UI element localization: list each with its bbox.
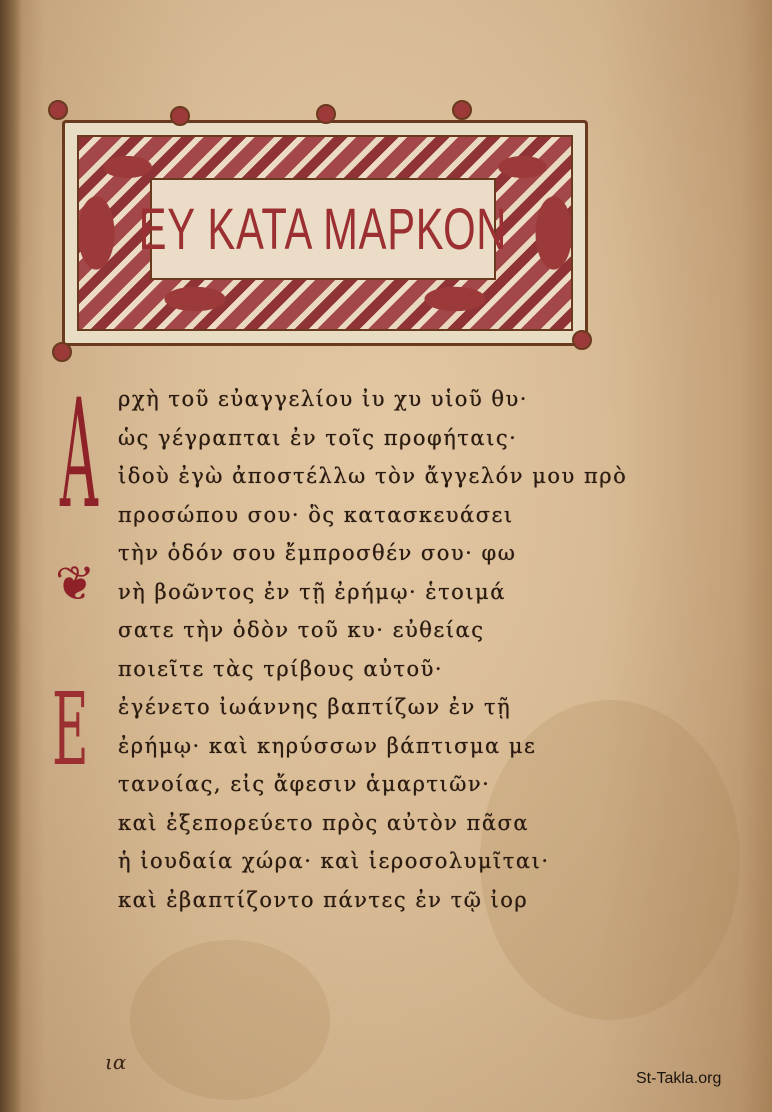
ornament-knob: [572, 330, 592, 350]
watermark: St-Takla.org: [636, 1070, 721, 1088]
page-binding-edge: [0, 0, 22, 1112]
initial-letter-epsilon: Ε: [52, 680, 89, 780]
text-line: προσώπου σου· ὃς κατασκευάσει: [118, 496, 658, 535]
gospel-title: ΕΥ ΚΑΤΑ ΜΑΡΚΟΝ: [139, 196, 508, 263]
text-line: ἐρήμῳ· καὶ κηρύσσων βάπτισμα με: [118, 727, 658, 766]
text-line: ἰδοὺ ἐγὼ ἀποστέλλω τὸν ἄγγελόν μου πρὸ: [118, 457, 658, 496]
text-line: νὴ βοῶντος ἐν τῇ ἐρήμῳ· ἑτοιμά: [118, 573, 658, 612]
marginal-flourish: ❦: [55, 560, 95, 608]
manuscript-page: ΕΥ ΚΑΤΑ ΜΑΡΚΟΝ Α ❦ Ε ρχὴ τοῦ εὐαγγελίου …: [0, 0, 772, 1112]
text-line: ὡς γέγραπται ἐν τοῖς προφήταις·: [118, 419, 658, 458]
ornament-knob: [52, 342, 72, 362]
text-line: σατε τὴν ὁδὸν τοῦ κυ· εὐθείας: [118, 611, 658, 650]
ornament-knob: [316, 104, 336, 124]
title-panel: ΕΥ ΚΑΤΑ ΜΑΡΚΟΝ: [150, 178, 496, 280]
initial-letter-alpha: Α: [60, 380, 73, 550]
text-line: ρχὴ τοῦ εὐαγγελίου ἰυ χυ υἱοῦ θυ·: [118, 380, 658, 419]
manuscript-text: ρχὴ τοῦ εὐαγγελίου ἰυ χυ υἱοῦ θυ· ὡς γέγ…: [118, 380, 658, 919]
ornament-knob: [48, 100, 68, 120]
folio-number: ια: [105, 1050, 126, 1074]
parchment-stain: [130, 940, 330, 1100]
ornament-knob: [170, 106, 190, 126]
ornament-knob: [452, 100, 472, 120]
text-line: καὶ ἐβαπτίζοντο πάντες ἐν τῷ ἰορ: [118, 881, 658, 920]
text-line: καὶ ἐξεπορεύετο πρὸς αὐτὸν πᾶσα: [118, 804, 658, 843]
text-line: τανοίας, εἰς ἄφεσιν ἁμαρτιῶν·: [118, 765, 658, 804]
text-line: τὴν ὁδόν σου ἔμπροσθέν σου· φω: [118, 534, 658, 573]
text-line: ποιεῖτε τὰς τρίβους αὐτοῦ·: [118, 650, 658, 689]
text-line: ἡ ἰουδαία χώρα· καὶ ἱεροσολυμῖται·: [118, 842, 658, 881]
text-line: ἐγένετο ἰωάννης βαπτίζων ἐν τῇ: [118, 688, 658, 727]
